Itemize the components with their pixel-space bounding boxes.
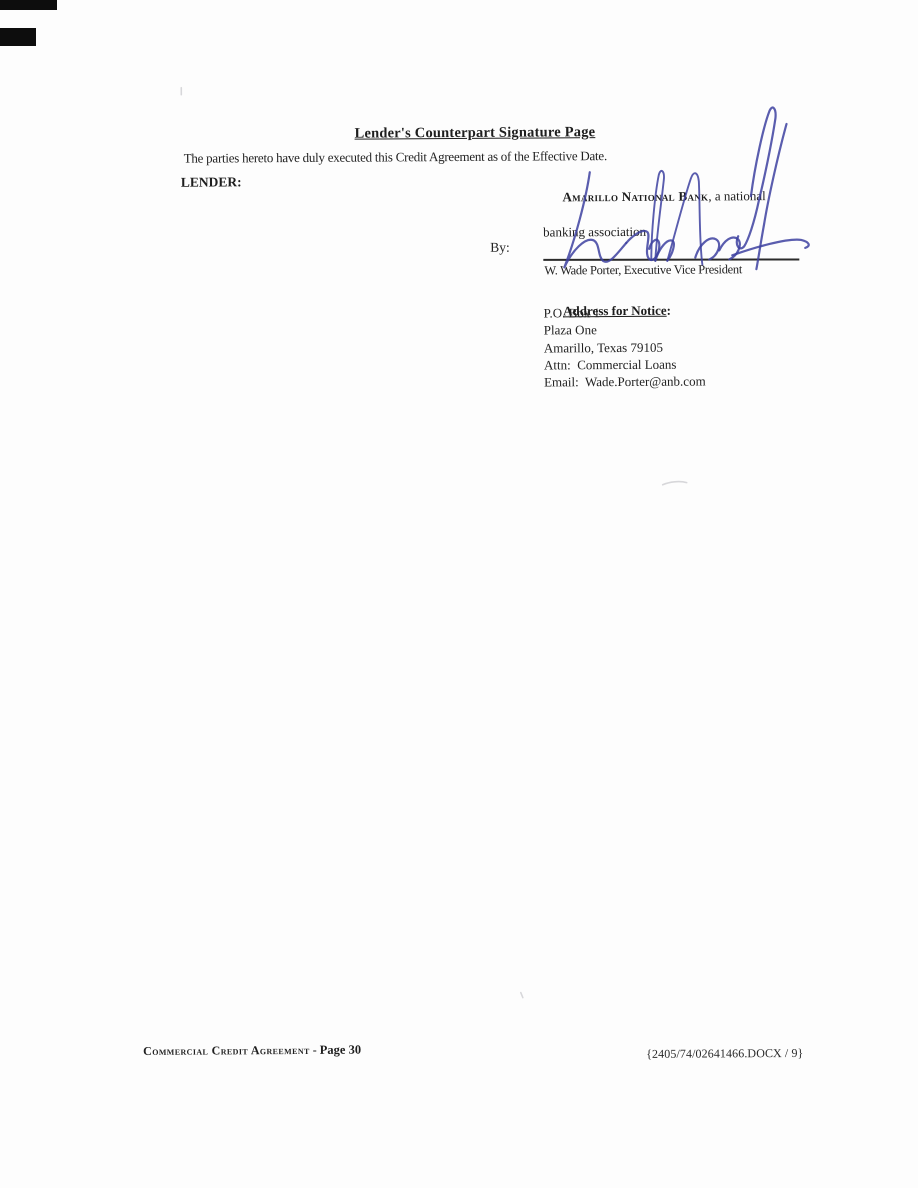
intro-paragraph: The parties hereto have duly executed th… — [184, 148, 607, 167]
footer-agreement-title: Commercial Credit Agreement — [143, 1043, 310, 1058]
by-label: By: — [490, 240, 510, 256]
document-content: Lender's Counterpart Signature Page The … — [0, 0, 918, 1188]
bank-line2: banking association — [543, 221, 813, 240]
lender-label: LENDER: — [181, 174, 242, 190]
footer-page-number: Page 30 — [320, 1043, 361, 1057]
address-line: Email: Wade.Porter@anb.com — [544, 373, 706, 391]
bank-name-suffix: , a national — [708, 188, 765, 203]
address-line: Amarillo, Texas 79105 — [544, 338, 706, 356]
signer-name-title: W. Wade Porter, Executive Vice President — [544, 262, 742, 278]
address-line: Plaza One — [544, 321, 706, 339]
address-line: Attn: Commercial Loans — [544, 355, 706, 373]
footer-separator: - — [310, 1043, 320, 1057]
footer-document-name: Commercial Credit Agreement - Page 30 — [125, 1028, 361, 1074]
bank-name: Amarillo National Bank — [562, 188, 708, 204]
address-block: P.O. Box 1 Plaza One Amarillo, Texas 791… — [544, 303, 706, 390]
page-title: Lender's Counterpart Signature Page — [354, 124, 595, 142]
footer-file-reference: {2405/74/02641466.DOCX / 9} — [646, 1046, 803, 1062]
address-line: P.O. Box 1 — [544, 303, 706, 321]
scanned-document-page: Lender's Counterpart Signature Page The … — [0, 0, 918, 1188]
